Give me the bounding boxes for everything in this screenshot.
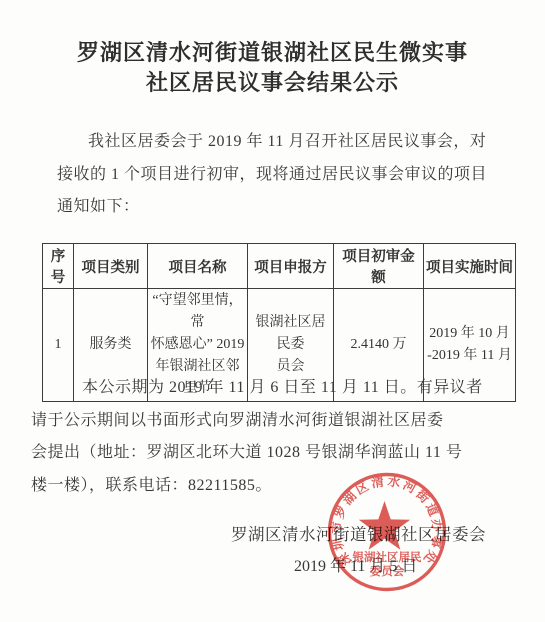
document-title: 罗湖区清水河街道银湖社区民生微实事 社区居民议事会结果公示 <box>0 38 545 98</box>
public-notice-document: 罗湖区清水河街道银湖社区民生微实事 社区居民议事会结果公示 我社区居委会于 20… <box>0 0 545 622</box>
notice-paragraph: 本公示期为 2019 年 11 月 6 日至 11 月 11 日。有异议者 请于… <box>31 372 481 502</box>
notice-line-3: 会提出（地址：罗湖区北环大道 1028 号银湖华润蓝山 11 号 <box>31 437 481 470</box>
notice-line-4: 楼一楼），联系电话：82211585。 <box>31 470 481 503</box>
header-implementation-period: 项目实施时间 <box>424 244 516 289</box>
intro-line-1: 我社区居委会于 2019 年 11 月召开社区居民议事会，对 <box>57 126 482 159</box>
notice-line-1: 本公示期为 2019 年 11 月 6 日至 11 月 11 日。有异议者 <box>31 372 481 405</box>
intro-line-2: 接收的 1 个项目进行初审，现将通过居民议事会审议的项目 <box>57 159 482 192</box>
notice-line-2: 请于公示期间以书面形式向罗湖清水河街道银湖社区居委 <box>31 405 481 438</box>
header-project-name: 项目名称 <box>148 244 248 289</box>
header-project-applicant: 项目申报方 <box>248 244 334 289</box>
document-title-line-2: 社区居民议事会结果公示 <box>0 68 545 98</box>
header-serial-number: 序号 <box>43 244 74 289</box>
header-project-category: 项目类别 <box>74 244 148 289</box>
intro-paragraph: 我社区居委会于 2019 年 11 月召开社区居民议事会，对 接收的 1 个项目… <box>57 126 482 224</box>
document-title-line-1: 罗湖区清水河街道银湖社区民生微实事 <box>0 38 545 68</box>
header-initial-review-amount: 项目初审金额 <box>334 244 424 289</box>
intro-line-3: 通知如下： <box>57 191 482 224</box>
signature-organization: 罗湖区清水河街道银湖社区居委会 <box>231 521 486 545</box>
signature-date: 2019 年 11 月 5 日 <box>294 553 417 576</box>
table-header-row: 序号 项目类别 项目名称 项目申报方 项目初审金额 项目实施时间 <box>43 244 516 289</box>
